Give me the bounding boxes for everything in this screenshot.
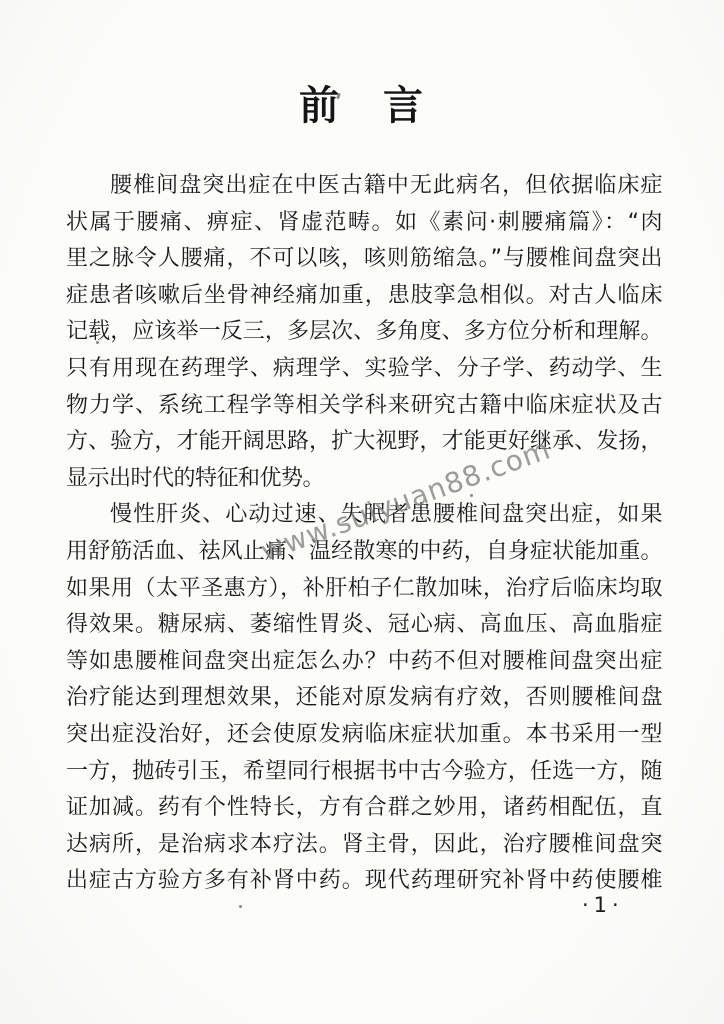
scanned-book-page: 前 言 腰椎间盘突出症在中医古籍中无此病名，但依据临床症 状属于腰痛、痹症、肾虚… (0, 0, 724, 1024)
text-line: 得效果。糖尿病、萎缩性胃炎、冠心病、高血压、高血脂症 (66, 607, 662, 644)
text-line: 物力学、系统工程学等相关学科来研究古籍中临床症状及古 (66, 388, 662, 425)
text-line: 达病所，是治病求本疗法。肾主骨，因此，治疗腰椎间盘突 (66, 827, 662, 864)
text-line: 显示出时代的特征和优势。 (66, 461, 662, 498)
text-line: 治疗能达到理想效果，还能对原发病有疗效，否则腰椎间盘 (66, 680, 662, 717)
text-line: 状属于腰痛、痹症、肾虚范畴。如《素问·刺腰痛篇》：“肉 (66, 205, 662, 242)
text-line: 证加减。药有个性特长，方有合群之妙用，诸药相配伍，直 (66, 790, 662, 827)
page-title: 前 言 (0, 74, 724, 131)
text-line: 出症古方验方多有补肾中药。现代药理研究补肾中药使腰椎 (66, 863, 662, 900)
text-line: 一方，抛砖引玉，希望同行根据书中古今验方，任选一方，随 (66, 754, 662, 791)
page-number: ·1· (582, 893, 624, 917)
text-line: 等如患腰椎间盘突出症怎么办？中药不但对腰椎间盘突出症 (66, 644, 662, 681)
text-line: 突出症没治好，还会使原发病临床症状加重。本书采用一型 (66, 717, 662, 754)
text-line: 慢性肝炎、心动过速、失眠者患腰椎间盘突出症，如果 (66, 497, 662, 534)
text-line: 里之脉令人腰痛，不可以咳，咳则筋缩急。”与腰椎间盘突出 (66, 241, 662, 278)
text-line: 症患者咳嗽后坐骨神经痛加重，患肢挛急相似。对古人临床 (66, 278, 662, 315)
text-line: 腰椎间盘突出症在中医古籍中无此病名，但依据临床症 (66, 168, 662, 205)
ink-speck (96, 341, 99, 344)
text-line: 方、验方，才能开阔思路，扩大视野，才能更好继承、发扬， (66, 424, 662, 461)
ink-speck (239, 905, 242, 908)
ink-speck (470, 494, 473, 497)
ink-speck (526, 222, 530, 226)
preface-text-block: 腰椎间盘突出症在中医古籍中无此病名，但依据临床症 状属于腰痛、痹症、肾虚范畴。如… (66, 168, 662, 900)
text-line: 只有用现在药理学、病理学、实验学、分子学、药动学、生 (66, 351, 662, 388)
ink-speck (648, 884, 651, 887)
text-line: 用舒筋活血、祛风止痛、温经散寒的中药，自身症状能加重。 (66, 534, 662, 571)
text-line: 如果用（太平圣惠方），补肝柏子仁散加味，治疗后临床均取 (66, 571, 662, 608)
text-line: 记载，应该举一反三，多层次、多角度、多方位分析和理解。 (66, 314, 662, 351)
